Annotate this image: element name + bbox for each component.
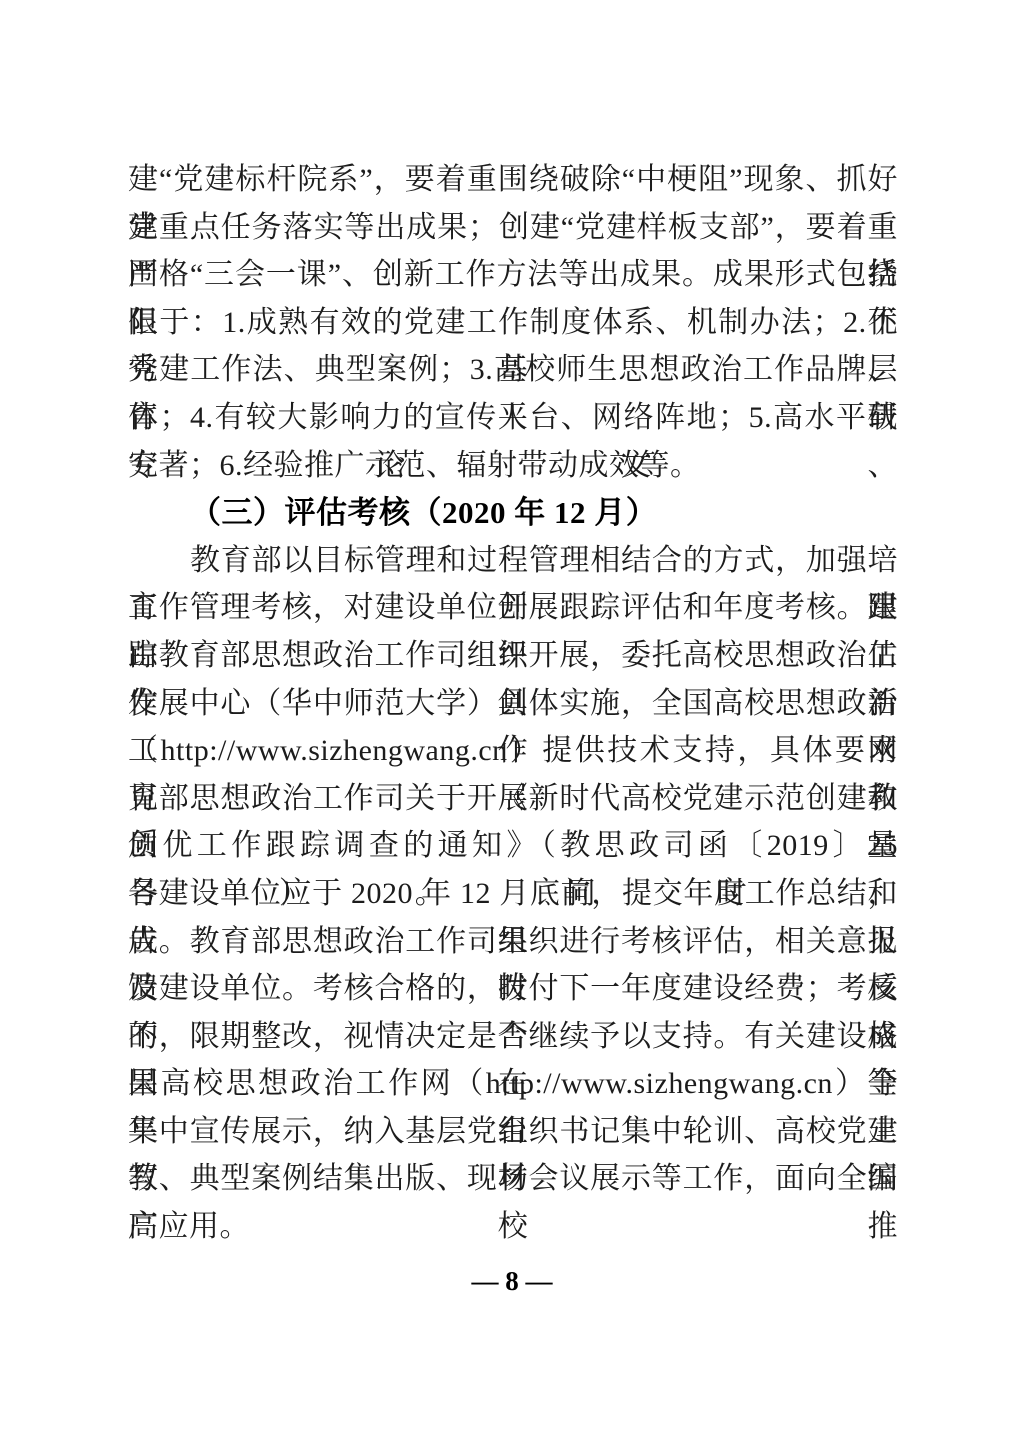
text-line: 体；4.有较大影响力的宣传平台、网络阵地；5.高水平研究论文、 — [128, 394, 898, 442]
text-line: 各建设单位应于 2020 年 12 月底前，提交年度工作总结和成果报 — [128, 870, 898, 918]
text-line: 教育部以目标管理和过程管理相结合的方式，加强培育创建 — [128, 537, 898, 585]
text-line: 创优工作跟踪调查的通知》（教思政司函〔2019〕25 号）。同时， — [128, 822, 898, 870]
text-line: 育部思想政治工作司关于开展新时代高校党建示范创建和质量 — [128, 775, 898, 823]
text-line: 限于：1.成熟有效的党建工作制度体系、机制办法；2.优秀基层 — [128, 299, 898, 347]
text-line: 的，限期整改，视情决定是否继续予以支持。有关建设成果在全 — [128, 1013, 898, 1061]
text-line: 馈建设单位。考核合格的，拨付下一年度建设经费；考核不合格 — [128, 965, 898, 1013]
text-block: 建“党建标杆院系”，要着重围绕破除“中梗阻”现象、抓好党 建重点任务落实等出成果… — [128, 156, 898, 1251]
text-line: 发展中心（华中师范大学）具体实施，全国高校思想政治工作网 — [128, 680, 898, 728]
document-page: { "doc": { "rows": [ { "text": "建“党建标杆院系… — [0, 0, 1024, 1447]
page-number: — 8 — — [0, 1266, 1024, 1297]
text-line: 建“党建标杆院系”，要着重围绕破除“中梗阻”现象、抓好党 — [128, 156, 898, 204]
text-line: 告。教育部思想政治工作司组织进行考核评估，相关意见及时反 — [128, 918, 898, 966]
text-line: （http://www.sizhengwang.cn）提供技术支持，具体要求见《… — [128, 727, 898, 775]
text-line: 由教育部思想政治工作司组织开展，委托高校思想政治工作创新 — [128, 632, 898, 680]
text-line: 建重点任务落实等出成果；创建“党建样板支部”，要着重围绕 — [128, 204, 898, 252]
text-line: 集中宣传展示，纳入基层党组织书记集中轮训、高校党建教材编 — [128, 1108, 898, 1156]
text-line: 写、典型案例结集出版、现场会议展示等工作，面向全国高校推 — [128, 1155, 898, 1203]
text-line: 国高校思想政治工作网（http://www.sizhengwang.cn）等平台… — [128, 1060, 898, 1108]
text-line: 严格“三会一课”、创新工作方法等出成果。成果形式包括但不 — [128, 251, 898, 299]
text-line: 工作管理考核，对建设单位开展跟踪评估和年度考核。跟踪评估 — [128, 584, 898, 632]
section-heading: （三）评估考核（2020 年 12 月） — [128, 489, 898, 537]
text-line: 党建工作法、典型案例；3.高校师生思想政治工作品牌、育人载 — [128, 346, 898, 394]
